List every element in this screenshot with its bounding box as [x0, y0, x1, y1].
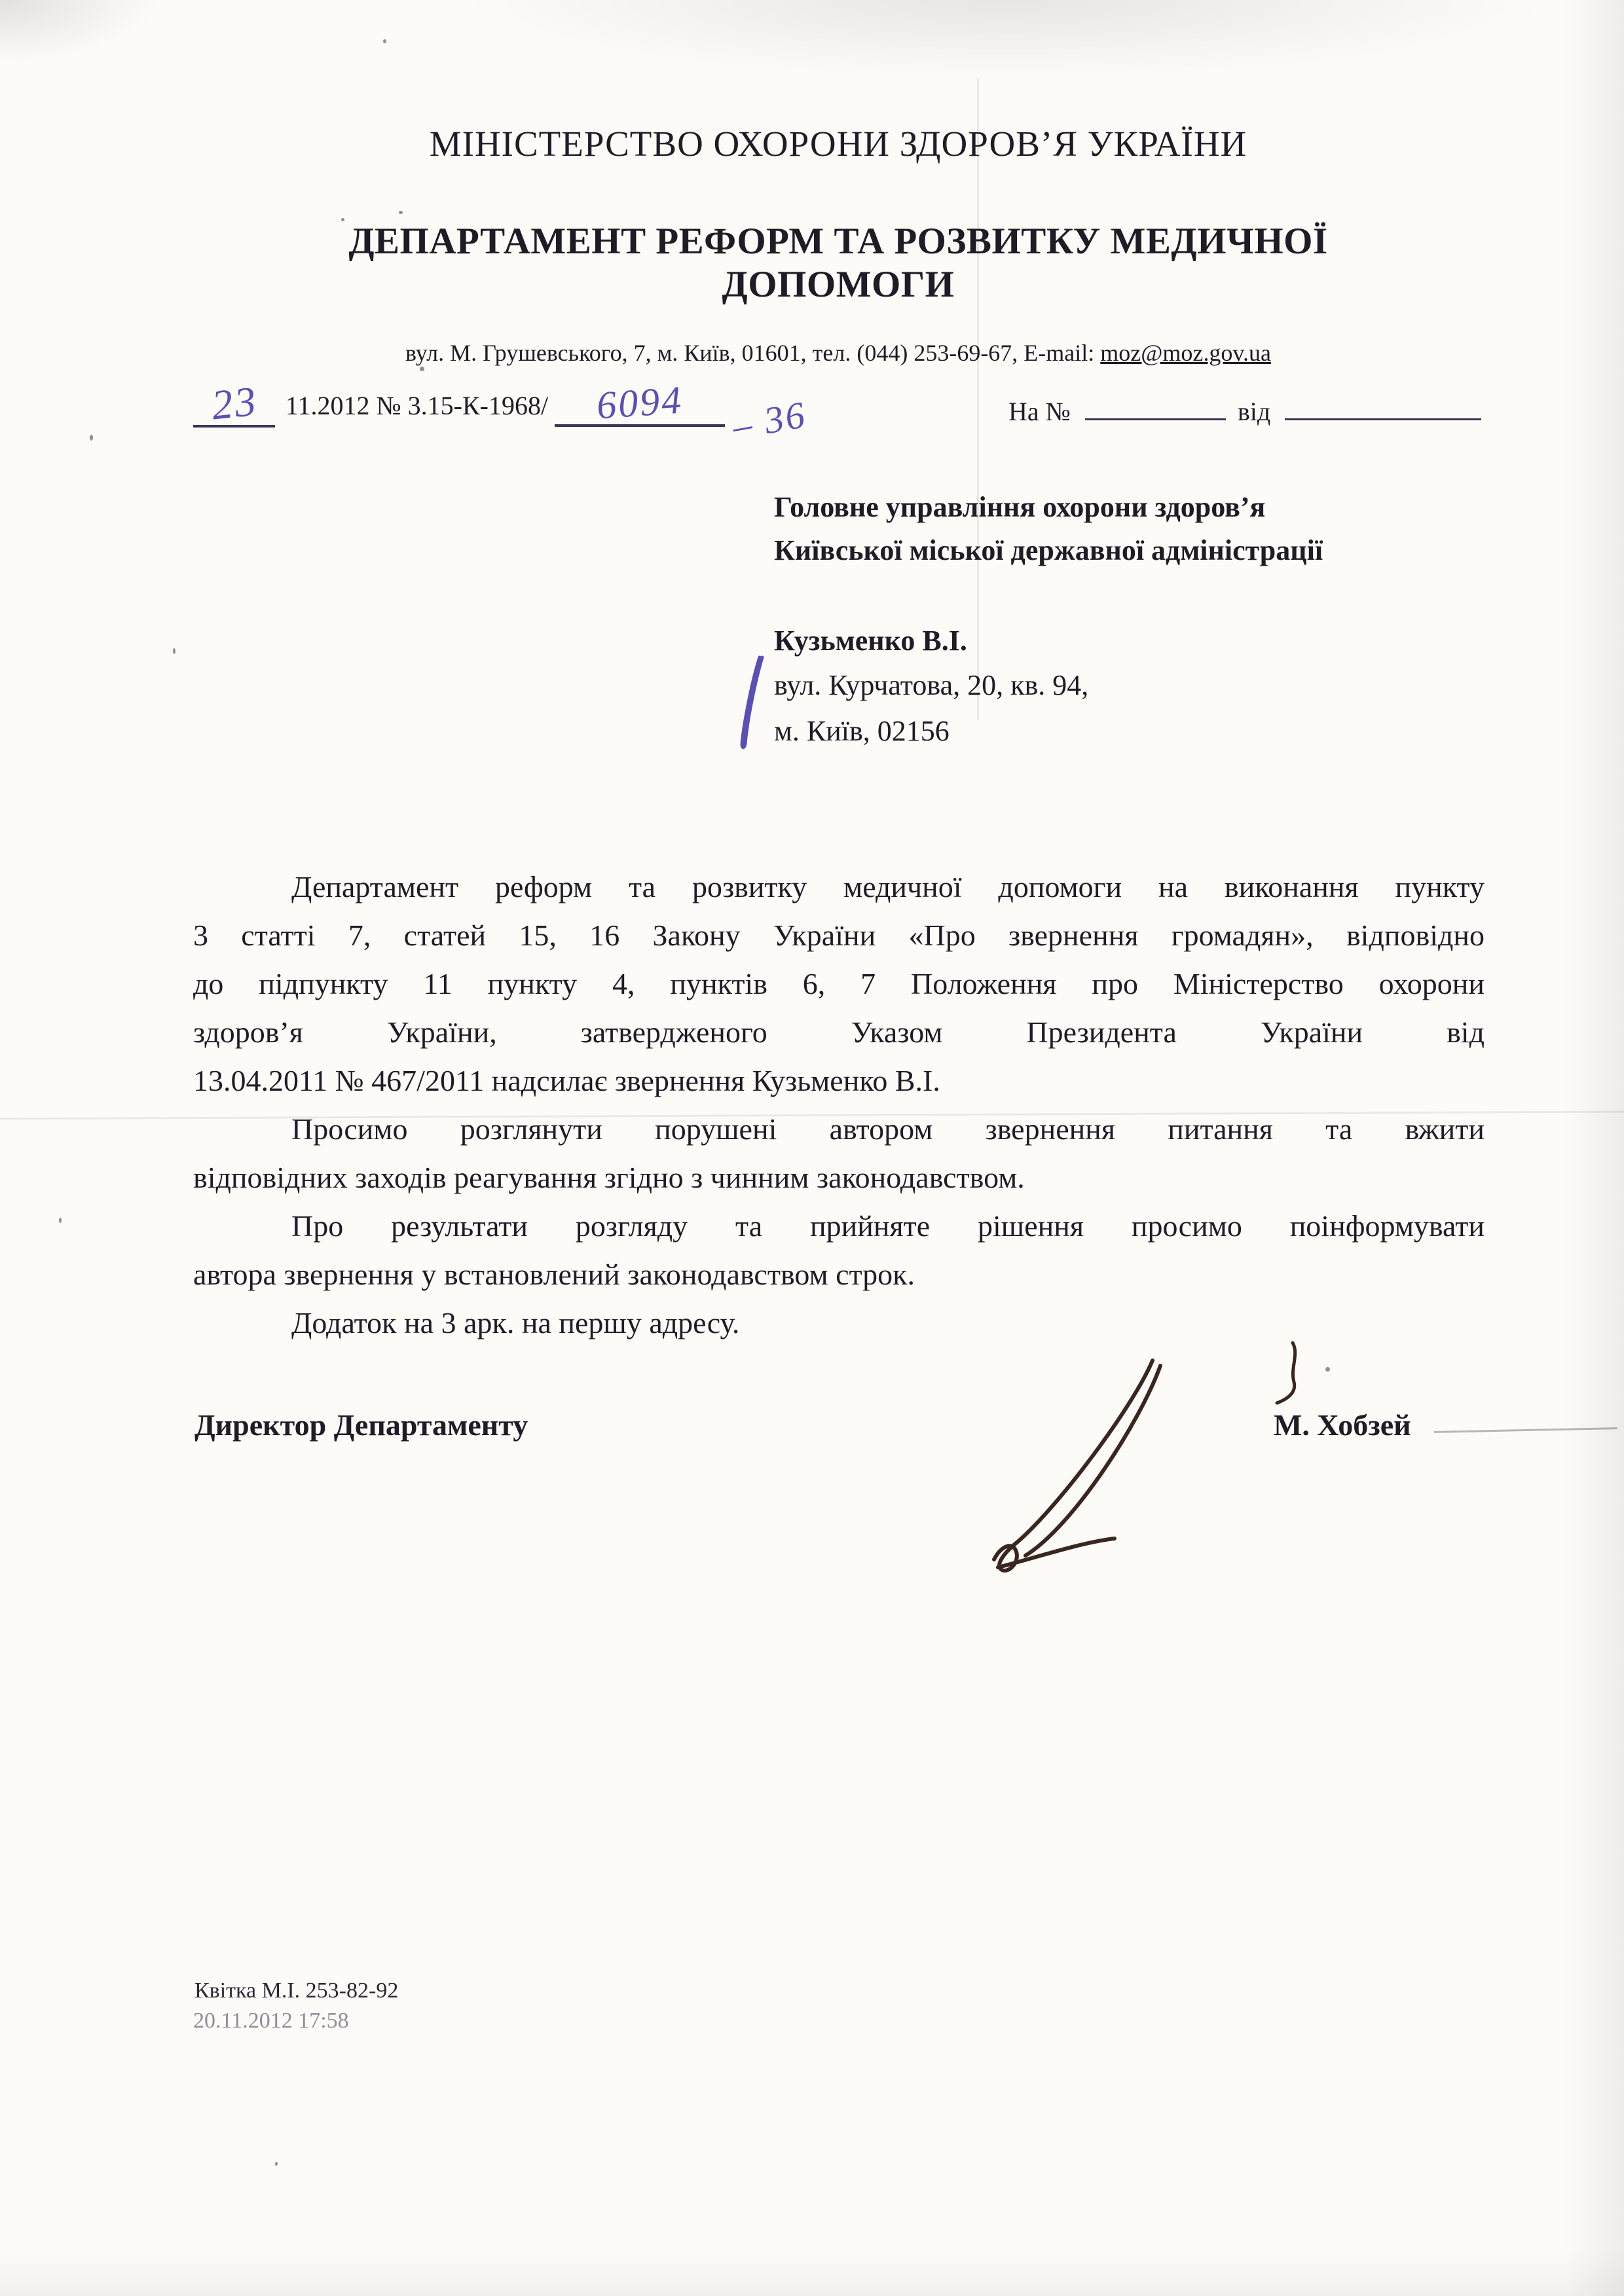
handwritten-number-suffix: – 36	[729, 392, 809, 448]
department-title-line1: ДЕПАРТАМЕНТ РЕФОРМ ТА РОЗВИТКУ МЕДИЧНОЇ	[190, 220, 1486, 263]
scan-speck	[383, 39, 386, 43]
letter-body: Департамент реформ та розвитку медичної …	[193, 863, 1485, 1347]
scan-speck	[399, 211, 403, 214]
department-title-line2: ДОПОМОГИ	[190, 263, 1486, 306]
body-line: відповідних заходів реагування згідно з …	[193, 1154, 1485, 1202]
signature-stroke	[976, 1349, 1185, 1597]
incoming-reference: На № від	[1008, 396, 1481, 427]
addressee-street: вул. Курчатова, 20, кв. 94,	[774, 663, 1323, 708]
body-line: до підпункту 11 пункту 4, пунктів 6, 7 П…	[193, 960, 1485, 1008]
stray-pen-line	[1434, 1427, 1617, 1433]
number-blank-line: 6094	[555, 379, 725, 427]
contact-address: вул. М. Грушевського, 7, м. Київ, 01601,…	[405, 340, 1100, 366]
body-line: 3 статті 7, статей 15, 16 Закону України…	[193, 911, 1485, 960]
scan-speck	[59, 1218, 62, 1223]
body-line: автора звернення у встановлений законода…	[193, 1250, 1485, 1299]
addressee-org-line2: Київської міської державної адміністраці…	[774, 529, 1323, 572]
reply-from-label: від	[1238, 396, 1270, 427]
department-title: ДЕПАРТАМЕНТ РЕФОРМ ТА РОЗВИТКУ МЕДИЧНОЇ …	[190, 220, 1486, 306]
contact-line: вул. М. Грушевського, 7, м. Київ, 01601,…	[190, 339, 1486, 367]
scanned-letter-page: МІНІСТЕРСТВО ОХОРОНИ ЗДОРОВ’Я УКРАЇНИ ДЕ…	[0, 0, 1624, 2296]
addressee-org-line1: Головне управління охорони здоров’я	[774, 486, 1323, 529]
addressee-city: м. Київ, 02156	[774, 708, 1323, 754]
scan-timestamp: 20.11.2012 17:58	[193, 2009, 349, 2033]
scan-speck	[420, 367, 424, 371]
scan-speck	[275, 2162, 278, 2166]
executor-contact: Квітка М.І. 253-82-92	[194, 1978, 398, 2003]
scan-speck	[173, 648, 175, 654]
body-line: Департамент реформ та розвитку медичної …	[193, 863, 1485, 911]
signer-position: Директор Департаменту	[194, 1408, 528, 1442]
reply-date-blank	[1285, 418, 1481, 420]
body-line: здоров’я України, затвердженого Указом П…	[193, 1008, 1485, 1057]
printed-reference-number: 11.2012 № 3.15-К-1968/	[286, 390, 548, 421]
ministry-title: МІНІСТЕРСТВО ОХОРОНИ ЗДОРОВ’Я УКРАЇНИ	[190, 123, 1486, 164]
day-blank-line: 23	[193, 376, 275, 428]
scan-speck	[1325, 1367, 1330, 1372]
body-line: Про результати розгляду та прийняте ріше…	[193, 1202, 1485, 1250]
signer-name: М. Хобзей	[1274, 1408, 1411, 1442]
reply-number-blank	[1085, 418, 1226, 420]
scan-speck	[90, 435, 93, 441]
outgoing-reference: 23 11.2012 № 3.15-К-1968/ 6094 – 36	[193, 376, 800, 428]
handwritten-day: 23	[209, 377, 259, 430]
handwritten-slash-mark	[736, 653, 769, 752]
body-line: 13.04.2011 № 467/2011 надсилає звернення…	[193, 1057, 1485, 1105]
addressee-block: Головне управління охорони здоров’я Київ…	[774, 486, 1323, 754]
body-line: Просимо розглянути порушені автором звер…	[193, 1105, 1485, 1154]
reply-to-label: На №	[1008, 396, 1071, 427]
addressee-person: Кузьменко В.І.	[774, 619, 1323, 663]
handwritten-number: 6094	[595, 377, 684, 428]
signature-flourish	[1264, 1339, 1310, 1411]
email-address: moz@moz.gov.ua	[1100, 340, 1271, 366]
